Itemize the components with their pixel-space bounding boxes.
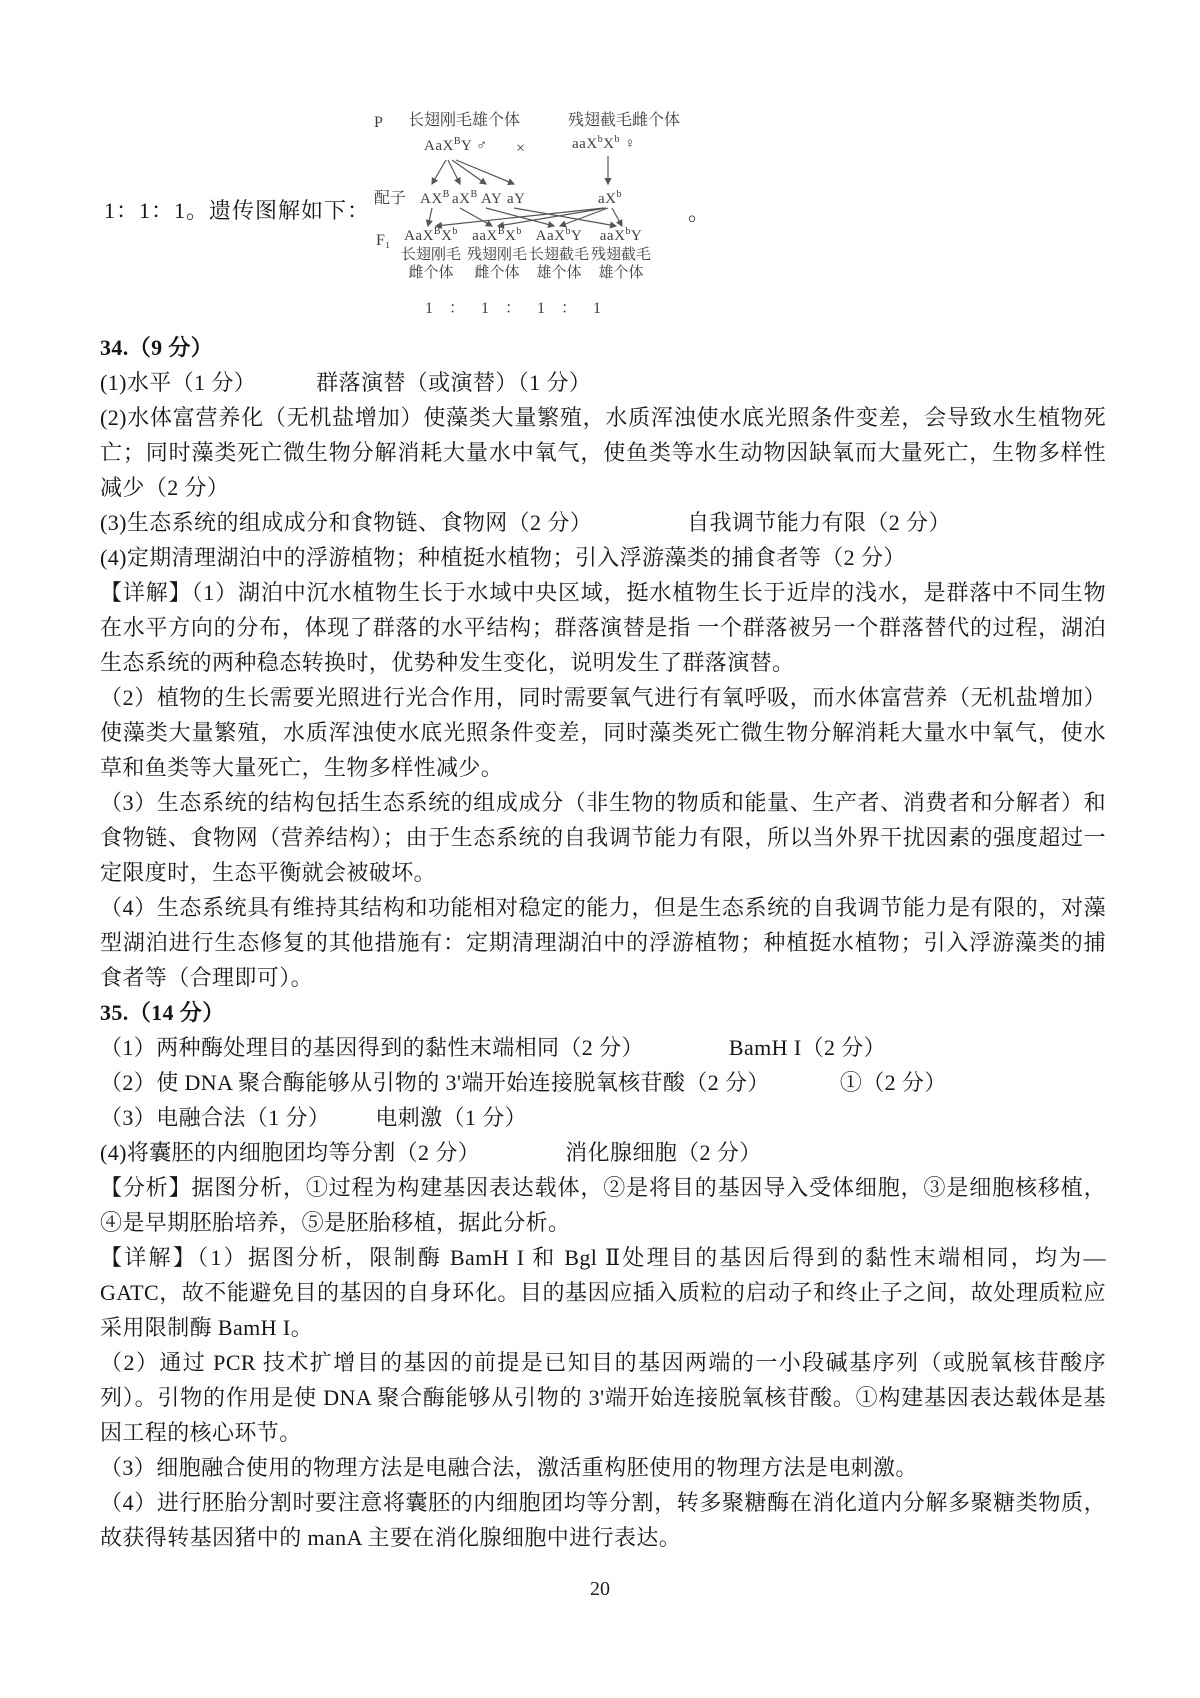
gamete-axB2: aXB — [452, 191, 478, 208]
genetic-cross-diagram: P 长翅刚毛雄个体 残翅截毛雌个体 AaXBY ♂ × aaXbXb ♀ 配子 … — [368, 104, 718, 324]
parent-left-genotype: AaXBY ♂ — [424, 138, 488, 155]
p-generation-label: P — [374, 114, 383, 132]
detail-34-4: （4）生态系统具有维持其结构和功能相对稳定的能力，但是生态系统的自我调节能力是有… — [100, 890, 1106, 995]
f1-phenotype-line2: 雄个体 — [585, 265, 657, 282]
detail-35-1: 【详解】（1）据图分析，限制酶 BamH I 和 Bgl Ⅱ处理目的基因后得到的… — [100, 1240, 1106, 1345]
question-35-heading: 35.（14 分） — [100, 995, 1106, 1030]
detail-35-2: （2）通过 PCR 技术扩增目的基因的前提是已知目的基因两端的一小段碱基序列（或… — [100, 1345, 1106, 1450]
f1-label: F₁ — [376, 232, 390, 250]
gamete-aY: aY — [507, 191, 526, 208]
answer-line-34-3: (3)生态系统的组成成分和食物链、食物网（2 分）自我调节能力有限（2 分） — [100, 505, 1106, 540]
answer-line-35-4: (4)将囊胚的内细胞团均等分割（2 分）消化腺细胞（2 分） — [100, 1135, 1106, 1170]
detail-34-3: （3）生态系统的结构包括生态系统的组成成分（非生物的物质和能量、生产者、消费者和… — [100, 785, 1106, 890]
question-34-heading: 34.（9 分） — [100, 330, 1106, 365]
answer-line-34-2: (2)水体富营养化（无机盐增加）使藻类大量繁殖，水质浑浊使水底光照条件变差，会导… — [100, 400, 1106, 505]
f1-ratio: 1 ： 1 ： 1 ： 1 — [388, 300, 638, 318]
parent-right-phenotype: 残翅截毛雌个体 — [568, 112, 680, 130]
answer-content: 34.（9 分） (1)水平（1 分）群落演替（或演替）（1 分） (2)水体富… — [100, 330, 1106, 1555]
gamete-AY: AY — [481, 191, 502, 208]
answer-line-35-3: （3）电融合法（1 分）电刺激（1 分） — [100, 1100, 1106, 1135]
answer-gap — [592, 529, 687, 530]
f1-genotype: aaXbY — [585, 228, 657, 245]
answer-line-34-4: (4)定期清理湖泊中的浮游植物；种植挺水植物；引入浮游藻类的捕食者等（2 分） — [100, 540, 1106, 575]
document-page: 1：1：1。遗传图解如下： 。 — [0, 0, 1200, 1698]
answer-gap — [256, 389, 316, 390]
f1-phenotype-line1: 长翅刚毛 — [395, 247, 467, 264]
detail-35-3: （3）细胞融合使用的物理方法是电融合法，激活重构胚使用的物理方法是电刺激。 — [100, 1450, 1106, 1485]
answer-line-34-1: (1)水平（1 分）群落演替（或演替）（1 分） — [100, 365, 1106, 400]
f1-column: AaXBXb 长翅刚毛 雌个体 — [395, 228, 467, 284]
page-number: 20 — [0, 1578, 1200, 1601]
cross-symbol: × — [516, 140, 525, 158]
cross-arrows — [368, 104, 718, 324]
parent-left-phenotype: 长翅刚毛雄个体 — [408, 112, 520, 130]
answer-line-35-1: （1）两种酶处理目的基因得到的黏性末端相同（2 分）BamH I（2 分） — [100, 1030, 1106, 1065]
analysis-35: 【分析】据图分析，①过程为构建基因表达载体，②是将目的基因导入受体细胞，③是细胞… — [100, 1170, 1106, 1240]
f1-phenotype-line2: 雌个体 — [395, 265, 467, 282]
answer-gap — [480, 1159, 565, 1160]
gamete-axb-right: aXb — [598, 191, 622, 208]
detail-35-4: （4）进行胚胎分割时要注意将囊胚的内细胞团均等分割，转多聚糖酶在消化道内分解多聚… — [100, 1485, 1106, 1555]
gamete-axB1: AXB — [420, 191, 450, 208]
answer-line-35-2: （2）使 DNA 聚合酶能够从引物的 3'端开始连接脱氧核苷酸（2 分）①（2 … — [100, 1065, 1106, 1100]
detail-34-2: （2）植物的生长需要光照进行光合作用，同时需要氧气进行有氧呼吸，而水体富营养（无… — [100, 680, 1106, 785]
parent-right-genotype: aaXbXb ♀ — [572, 136, 636, 153]
detail-34-1: 【详解】（1）湖泊中沉水植物生长于水域中央区域，挺水植物生长于近岸的浅水，是群落… — [100, 575, 1106, 680]
answer-gap — [644, 1054, 729, 1055]
intro-line: 1：1：1。遗传图解如下： — [104, 194, 370, 225]
f1-phenotype-line1: 残翅截毛 — [585, 247, 657, 264]
gametes-label: 配子 — [374, 190, 406, 208]
answer-gap — [770, 1089, 840, 1090]
f1-genotype: AaXBXb — [395, 228, 467, 245]
top-area: 1：1：1。遗传图解如下： 。 — [0, 0, 1200, 330]
f1-column: aaXbY 残翅截毛 雄个体 — [585, 228, 657, 284]
answer-gap — [330, 1124, 375, 1125]
